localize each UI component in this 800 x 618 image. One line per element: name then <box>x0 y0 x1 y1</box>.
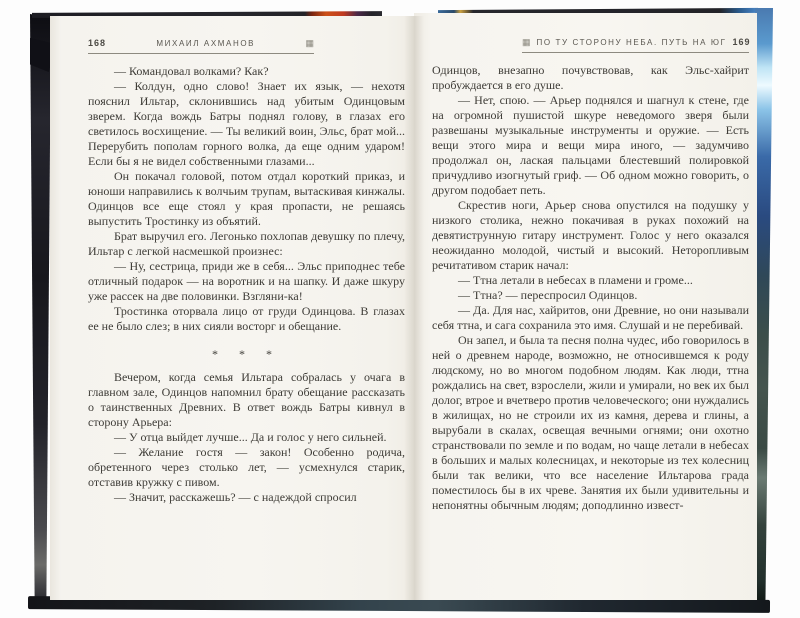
paragraph: — Командовал волками? Как? <box>88 64 405 79</box>
paragraph: Тростинка оторвала лицо от груди Одинцов… <box>88 304 405 334</box>
left-running-title: МИХАИЛ АХМАНОВ <box>112 39 299 48</box>
right-running-title: ПО ТУ СТОРОНУ НЕБА. ПУТЬ НА ЮГ <box>537 38 727 47</box>
paragraph: — Нет, спою. — Арьер поднялся и шагнул к… <box>432 93 749 198</box>
book-photo: 168 МИХАИЛ АХМАНОВ ▦ — Командовал волкам… <box>0 0 800 618</box>
paragraph: — Колдун, одно слово! Знает их язык, — н… <box>88 79 405 169</box>
left-page-number: 168 <box>88 38 106 48</box>
left-page-text: — Командовал волками? Как? — Колдун, одн… <box>88 64 405 505</box>
paragraph: — Желание гостя — закон! Особенно родича… <box>88 445 405 490</box>
publisher-mark-icon: ▦ <box>522 38 531 47</box>
paragraph: — Да. Для нас, хайритов, они Древние, но… <box>432 303 749 333</box>
paragraph: — Ттна летали в небесах в пламени и гром… <box>432 273 749 288</box>
scene-separator: * * * <box>88 348 405 360</box>
paragraph: — Ттна? — переспросил Одинцов. <box>432 288 749 303</box>
cover-edge-right <box>755 8 773 603</box>
left-page-header: 168 МИХАИЛ АХМАНОВ ▦ <box>88 38 314 54</box>
paragraph: — У отца выйдет лучше... Да и голос у не… <box>88 430 405 445</box>
right-page-header: ▦ ПО ТУ СТОРОНУ НЕБА. ПУТЬ НА ЮГ 169 <box>522 37 749 53</box>
paragraph: Он запел, и была та песня полна чудес, и… <box>432 333 749 513</box>
paragraph: — Ну, сестрица, приди же в себя... Эльс … <box>88 259 405 304</box>
paragraph: Одинцов, внезапно почувствовав, как Эльс… <box>432 63 749 93</box>
right-page: ▦ ПО ТУ СТОРОНУ НЕБА. ПУТЬ НА ЮГ 169 Оди… <box>414 13 757 600</box>
publisher-mark-icon: ▦ <box>305 39 314 48</box>
cover-edge-left <box>30 14 51 600</box>
right-page-number: 169 <box>733 37 751 47</box>
left-page: 168 МИХАИЛ АХМАНОВ ▦ — Командовал волкам… <box>50 16 414 600</box>
paragraph: Скрестив ноги, Арьер снова опустился на … <box>432 198 749 273</box>
paragraph: Он покачал головой, потом отдал короткий… <box>88 169 405 229</box>
paragraph: Вечером, когда семья Ильтара собралась у… <box>88 370 405 430</box>
paragraph: Брат выручил его. Легонько похлопав деву… <box>88 229 405 259</box>
right-page-text: Одинцов, внезапно почувствовав, как Эльс… <box>432 63 749 513</box>
paragraph: — Значит, расскажешь? — с надеждой спрос… <box>88 490 405 505</box>
page-gutter-shadow <box>404 16 424 600</box>
